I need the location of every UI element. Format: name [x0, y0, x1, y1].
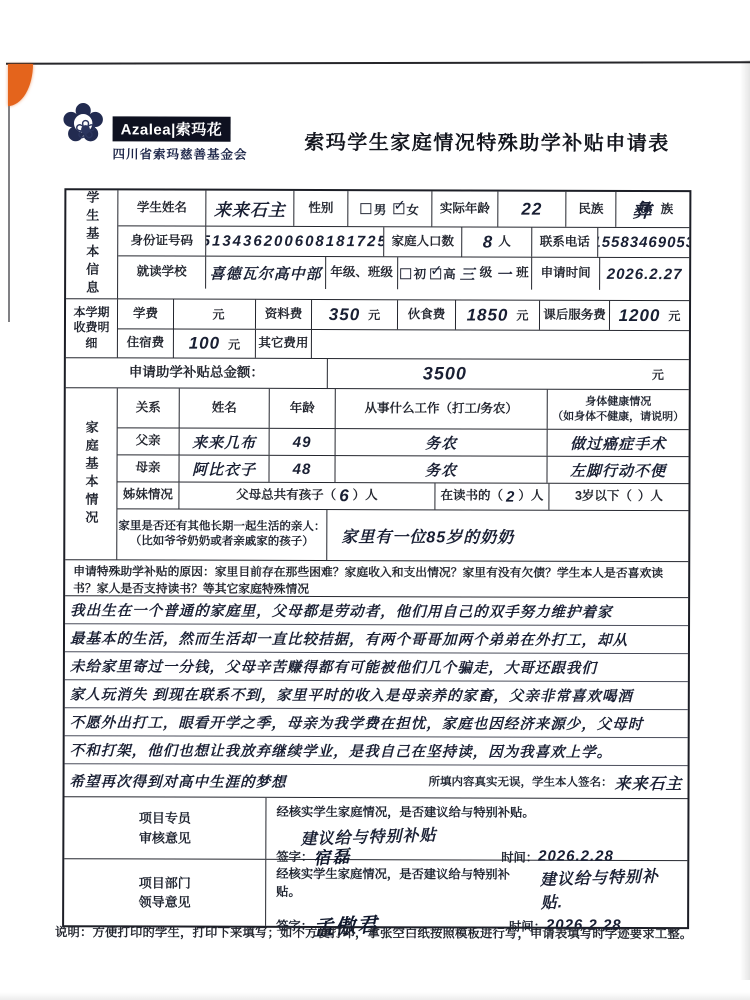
reason-prompt-band: 申请特殊助学补贴的原因：家里目前存在那些困难？家庭收入和支出情况？家里有没有欠债… — [65, 560, 688, 598]
junior-option: 初 — [401, 264, 427, 282]
confirm-signature: 所填内容真实无误，学生本人签名： 来来石主 — [428, 770, 682, 794]
grade-label: 年级、班级 — [326, 257, 398, 289]
essay-band: 我出生在一个普通的家庭里，父母都是劳动者，他们用自己的双手努力维护着家 最基本的… — [64, 596, 688, 799]
grade-class-value: 初 高 三 级 一 班 — [398, 257, 532, 289]
student-row-3: 就读学校 喜德瓦尔高中部 年级、班级 初 高 三 级 一 班 申请时间 2026… — [118, 256, 689, 290]
mother-row: 母亲 阿比衣子 48 务农 左脚行动不便 — [117, 455, 688, 484]
male-checkbox — [361, 203, 372, 214]
essay-line-7: 希望再次得到对高中生涯的梦想 所填内容真实无误，学生本人签名： 来来石主 — [64, 764, 687, 798]
boarding-value: 100元 — [174, 330, 256, 358]
tuition-value: 元 — [174, 300, 256, 329]
total-label: 申请助学补贴总金额： — [66, 358, 328, 388]
total-band: 申请助学补贴总金额： 3500 元 — [66, 358, 689, 390]
family-band: 家庭基本情况 关系 姓名 年龄 从事什么工作（打工/务农） 身体健康情况（如身体… — [65, 388, 689, 562]
essay-line-5: 不愿外出打工，眼看开学之季，母亲为我学费在担忧，家庭也因经济来源少，父母时 — [65, 708, 688, 738]
grade-unit: 级 — [480, 266, 493, 282]
father-health: 做过癌症手术 — [548, 430, 689, 456]
service-label: 课后服务费 — [540, 301, 610, 330]
grade-number: 三 — [460, 263, 476, 284]
female-checkbox-checked — [393, 203, 404, 214]
foundation-logo: ✿❀ Azalea|索玛花 四川省索玛慈善基金会 — [64, 116, 282, 163]
mother-age: 48 — [269, 456, 335, 482]
senior-checkbox-checked — [430, 268, 441, 279]
junior-checkbox — [401, 268, 412, 279]
leader-review-content: 经核实学生家庭情况，是否建议给与特别补贴。 建议给与特别补贴. 签字： 孟傲君 … — [266, 860, 687, 927]
apply-date-value: 2026.2.27 — [600, 258, 689, 290]
leader-review-band: 项目部门领导意见 经核实学生家庭情况，是否建议给与特别补贴。 建议给与特别补贴.… — [64, 859, 687, 927]
father-age: 49 — [270, 429, 336, 455]
children-total: 父母总共有孩子（6）人 — [179, 483, 435, 510]
application-table: 学生基本信息 学生姓名 来来石主 性别 男 女 实际年龄 22 民族 彝 族 — [62, 188, 691, 929]
gender-female-option: 女 — [393, 200, 419, 218]
tuition-label: 学费 — [118, 299, 174, 328]
form-title: 索玛学生家庭情况特殊助学补贴申请表 — [283, 125, 692, 155]
apply-date-label: 申请时间 — [532, 258, 600, 290]
specialist-review-band: 项目专员审核意见 经核实学生家庭情况，是否建议给与特别补贴。 建议给与特别补贴 … — [64, 797, 687, 861]
ethnic-label: 民族 — [566, 192, 616, 227]
relatives-label: 家里是否还有其他长期一起生活的亲人：（比如爷爷奶奶或者亲戚家的孩子） — [117, 509, 327, 560]
mother-name: 阿比衣子 — [179, 456, 269, 482]
meal-label: 伙食费 — [398, 300, 456, 329]
student-row-1: 学生姓名 来来石主 性别 男 女 实际年龄 22 民族 彝 族 — [118, 190, 689, 228]
col-age: 年龄 — [270, 389, 336, 428]
col-name: 姓名 — [180, 389, 270, 428]
boarding-label: 住宿费 — [118, 329, 174, 357]
specialist-signature: 宿磊 — [312, 842, 352, 869]
foundation-name: 四川省索玛慈善基金会 — [112, 144, 282, 163]
confirm-label: 所填内容真实无误，学生本人签名： — [429, 773, 613, 790]
leader-opinion: 建议给与特别补贴. — [540, 863, 678, 913]
senior-option: 高 — [430, 264, 456, 282]
father-relation: 父亲 — [118, 428, 180, 454]
instruction-note: 说明：方便打印的学生，打印下来填写；如不方便打印，拿张空白纸按照模板进行写，申请… — [55, 922, 715, 942]
total-value: 3500 元 — [328, 359, 689, 389]
student-name-value: 来来石主 — [206, 191, 294, 226]
essay-line-2: 最基本的生活，然而生活却一直比较拮据，有两个哥哥加两个弟弟在外打工，却从 — [65, 624, 688, 654]
essay-line-1: 我出生在一个普通的家庭里，父母都是劳动者，他们用自己的双手努力维护着家 — [65, 596, 688, 626]
student-name-label: 学生姓名 — [118, 190, 206, 225]
gender-male-option: 男 — [361, 200, 387, 218]
mother-relation: 母亲 — [117, 455, 179, 481]
household-label: 家庭人口数 — [384, 227, 462, 256]
student-signature: 来来石主 — [614, 770, 682, 793]
family-section-label: 家庭基本情况 — [65, 388, 118, 559]
siblings-row: 姊妹情况 父母总共有孩子（6）人 在读书的（2）人 3岁以下（）人 — [117, 482, 688, 511]
phone-label: 联系电话 — [532, 228, 598, 257]
student-row-2: 身份证号码 513436200608181725 家庭人口数 8 人 联系电话 … — [118, 226, 689, 258]
family-header-row: 关系 姓名 年龄 从事什么工作（打工/务农） 身体健康情况（如身体不健康，请说明… — [118, 388, 689, 430]
age-value: 22 — [498, 192, 566, 227]
meal-value: 1850元 — [456, 300, 540, 329]
col-work: 从事什么工作（打工/务农） — [336, 389, 548, 429]
gender-options: 男 女 — [348, 191, 432, 226]
essay-line-4: 家人玩消失 到现在联系不到，家里平时的收入是母亲养的家畜，父亲非常喜欢喝酒 — [65, 680, 688, 710]
fees-row-1: 学费 元 资料费 350元 伙食费 1850元 课后服务费 1200元 — [118, 299, 689, 331]
reason-prompt: 申请特殊助学补贴的原因：家里目前存在那些困难？家庭收入和支出情况？家里有没有欠债… — [65, 560, 688, 597]
leader-prompt: 经核实学生家庭情况，是否建议给与特别补贴。 — [276, 864, 526, 901]
class-number: 一 — [496, 263, 512, 284]
other-fee-label: 其它费用 — [256, 330, 312, 358]
fees-section-label: 本学期收费明细 — [66, 299, 118, 357]
father-name: 来来几布 — [180, 429, 270, 455]
father-work: 务农 — [336, 429, 548, 456]
student-section-label: 学生基本信息 — [66, 190, 118, 298]
mother-work: 务农 — [335, 456, 547, 483]
siblings-label: 姊妹情况 — [117, 482, 179, 508]
material-label: 资料费 — [256, 300, 312, 329]
household-value: 8 人 — [462, 227, 532, 256]
fees-band: 本学期收费明细 学费 元 资料费 350元 伙食费 1850元 课后服务费 12… — [66, 299, 689, 360]
fees-row-2: 住宿费 100元 其它费用 — [118, 329, 689, 359]
children-under3: 3岁以下（）人 — [549, 484, 688, 510]
id-value: 513436200608181725 — [206, 227, 384, 257]
mother-health: 左脚行动不便 — [547, 457, 688, 483]
other-fee-value — [312, 330, 689, 359]
student-info-band: 学生基本信息 学生姓名 来来石主 性别 男 女 实际年龄 22 民族 彝 族 — [66, 190, 689, 301]
specialist-role-label: 项目专员审核意见 — [64, 797, 266, 859]
form-header: ✿❀ Azalea|索玛花 四川省索玛慈善基金会 索玛学生家庭情况特殊助学补贴申… — [64, 116, 691, 164]
class-unit: 班 — [516, 266, 529, 282]
relatives-value: 家里有一位85岁的奶奶 — [327, 510, 688, 561]
ethnic-value: 彝 族 — [616, 192, 689, 227]
logo-banner: Azalea|索玛花 — [113, 116, 231, 141]
service-value: 1200元 — [610, 301, 689, 330]
col-relation: 关系 — [118, 388, 180, 427]
col-health: 身体健康情况（如身体不健康，请说明） — [548, 390, 689, 429]
specialist-review-content: 经核实学生家庭情况，是否建议给与特别补贴。 建议给与特别补贴 签字： 宿磊 时间… — [266, 798, 687, 860]
school-label: 就读学校 — [118, 256, 206, 288]
father-row: 父亲 来来几布 49 务农 做过癌症手术 — [118, 428, 689, 457]
leader-role-label: 项目部门领导意见 — [64, 859, 266, 926]
gender-label: 性别 — [294, 191, 348, 226]
age-label: 实际年龄 — [432, 191, 498, 226]
school-value: 喜德瓦尔高中部 — [206, 257, 326, 289]
essay-line-3: 未给家里寄过一分钱，父母辛苦赚得都有可能被他们几个骗走，大哥还跟我们 — [65, 652, 688, 682]
phone-value: 15583469053 — [598, 228, 689, 257]
id-label: 身份证号码 — [118, 226, 206, 255]
essay-line-6: 不和打架，他们也想让我放弃继续学业，是我自己在坚持读，因为我喜欢上学。 — [65, 736, 688, 766]
scanned-form: ✿❀ Azalea|索玛花 四川省索玛慈善基金会 索玛学生家庭情况特殊助学补贴申… — [0, 0, 750, 1000]
material-value: 350元 — [312, 300, 398, 329]
children-studying: 在读书的（2）人 — [435, 483, 549, 509]
relatives-row: 家里是否还有其他长期一起生活的亲人：（比如爷爷奶奶或者亲戚家的孩子） 家里有一位… — [117, 509, 688, 561]
azalea-flower-icon: ✿❀ — [61, 96, 106, 150]
